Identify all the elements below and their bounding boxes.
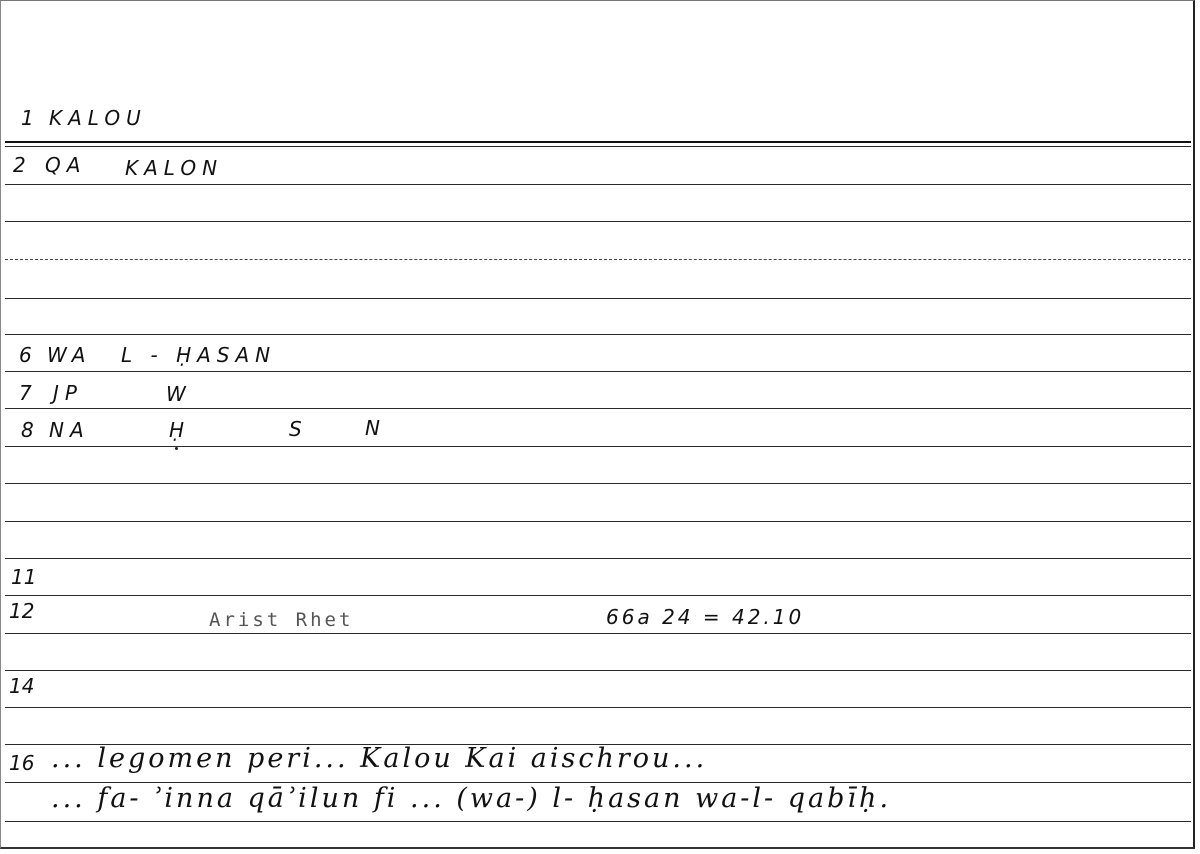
root-letter: Ḥ: [169, 418, 190, 442]
lemma-greek: KALOU: [49, 106, 147, 130]
root-field: W: [166, 382, 192, 406]
source-reference: 66a 24 = 42.10: [606, 605, 804, 629]
rule-line: [5, 483, 1191, 484]
row-number: 16: [9, 751, 34, 775]
lemma-field: QA: [45, 153, 86, 177]
row-number: 6: [19, 343, 32, 367]
rule-line: [5, 521, 1191, 522]
root-letter: N: [365, 416, 386, 440]
row-number: 14: [9, 674, 34, 698]
arabic-transliteration: L - ḤASAN: [121, 343, 276, 367]
underdot: [175, 447, 178, 450]
rule-line: [5, 821, 1191, 822]
rule-line: [5, 141, 1191, 143]
rule-line: [5, 184, 1191, 185]
rule-line: [5, 595, 1191, 596]
rule-line: [5, 221, 1191, 222]
rule-line: [5, 371, 1191, 372]
lemma-field: KALON: [125, 156, 223, 180]
rule-line: [5, 558, 1191, 559]
arabic-quotation: ... fa- ʾinna qāʾilun fi ... (wa-) l- ḥa…: [51, 783, 891, 814]
row-number: 8: [21, 418, 34, 442]
root-field: NA: [49, 418, 90, 442]
row-number: 1: [21, 106, 34, 130]
row-number: 2: [13, 153, 26, 177]
rule-line: [5, 334, 1191, 335]
rule-line: [5, 146, 1191, 147]
rule-line: [5, 408, 1191, 409]
rule-line: [5, 446, 1191, 447]
root-letter: S: [289, 417, 308, 441]
rule-line: [5, 298, 1191, 299]
greek-quotation: ... legomen peri... Kalou Kai aischrou..…: [51, 743, 707, 774]
row-number: 11: [11, 565, 36, 589]
row-number: 7: [19, 381, 32, 405]
arabic-transliteration: WA: [47, 343, 91, 367]
rule-line: [5, 633, 1191, 634]
rule-line: [5, 259, 1191, 260]
rule-line: [5, 670, 1191, 671]
row-number: 12: [9, 599, 34, 623]
index-card: 1 KALOU 2 QA KALON 6 WA L - ḤASAN 7 JP W…: [0, 0, 1195, 849]
root-field: JP: [53, 381, 83, 405]
source-title: Arist Rhet: [209, 609, 353, 631]
rule-line: [5, 707, 1191, 708]
